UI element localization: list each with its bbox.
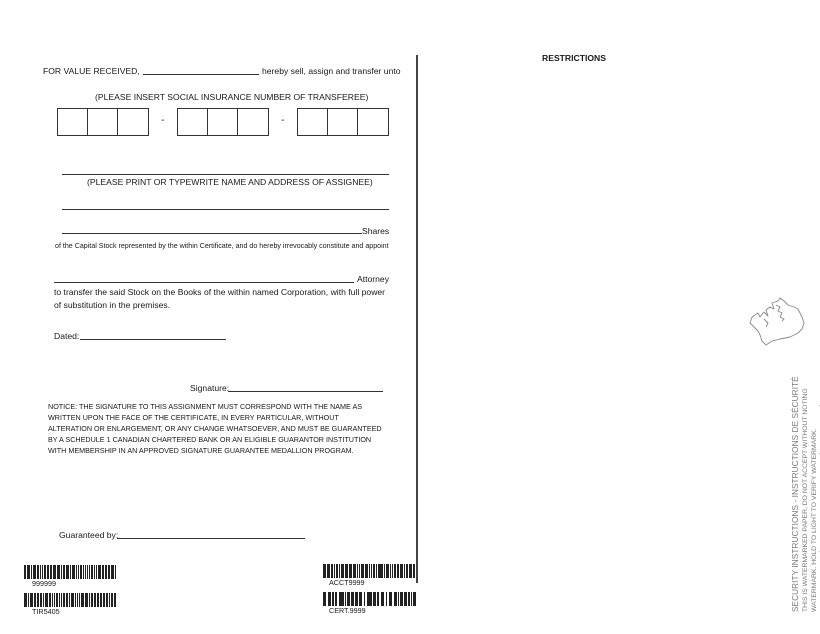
restrictions-title: RESTRICTIONS [542,53,606,63]
dated-field[interactable] [80,339,226,340]
sin-group-2 [177,108,269,136]
barcode-label: TIR5405 [32,607,60,616]
canada-map-icon [744,295,808,347]
dated-label: Dated: [54,331,79,341]
notice-line: NOTICE: THE SIGNATURE TO THIS ASSIGNMENT… [48,401,382,412]
sin-separator: - [281,115,284,126]
page-divider [416,55,418,583]
security-instructions: SECURITY INSTRUCTIONS - INSTRUCTIONS DE … [790,376,820,612]
assignee-name-field[interactable] [62,174,389,175]
shares-label: Shares [362,226,389,236]
transferor-field[interactable] [143,74,259,75]
sin-separator: - [161,115,164,126]
barcode-label: ACCT9999 [329,578,365,587]
sin-digit-box[interactable] [298,109,328,135]
barcode-label: CERT.9999 [329,606,366,615]
sin-digit-box[interactable] [58,109,88,135]
barcode-account-number [24,565,117,579]
assignee-caption: (PLEASE PRINT OR TYPEWRITE NAME AND ADDR… [87,177,373,187]
transfer-text-2: of substitution in the premises. [54,300,170,310]
notice-line: WRITTEN UPON THE FACE OF THE CERTIFICATE… [48,412,382,423]
signature-field[interactable] [228,391,383,392]
capital-stock-text: of the Capital Stock represented by the … [55,242,389,250]
barcode-tir [24,593,117,607]
sin-digit-box[interactable] [358,109,388,135]
notice-line: WITH MEMBERSHIP IN AN APPROVED SIGNATURE… [48,445,382,456]
barcode-cert [323,592,417,606]
security-heading: SECURITY INSTRUCTIONS - INSTRUCTIONS DE … [790,376,801,612]
guaranteed-by-label: Guaranteed by: [59,530,118,540]
sin-group-1 [57,108,149,136]
assignee-address-field[interactable] [62,209,389,210]
sin-digit-box[interactable] [238,109,268,135]
sin-caption: (PLEASE INSERT SOCIAL INSURANCE NUMBER O… [95,92,368,102]
transfer-unto-label: hereby sell, assign and transfer unto [262,66,401,76]
notice-block: NOTICE: THE SIGNATURE TO THIS ASSIGNMENT… [48,401,382,456]
attorney-field[interactable] [54,282,354,283]
security-line: THIS IS WATERMARKED PAPER, DO NOT ACCEPT… [801,376,810,612]
shares-field[interactable] [62,233,362,234]
notice-line: ALTERATION OR ENLARGEMENT, OR ANY CHANGE… [48,423,382,434]
sin-group-3 [297,108,389,136]
value-received-label: FOR VALUE RECEIVED, [43,66,140,76]
security-line: WATERMARK. HOLD TO LIGHT TO VERIFY WATER… [810,376,819,612]
sin-digit-box[interactable] [328,109,358,135]
notice-line: BY A SCHEDULE 1 CANADIAN CHARTERED BANK … [48,434,382,445]
sin-digit-box[interactable] [88,109,118,135]
barcode-label: 999999 [32,579,56,588]
signature-label: Signature: [190,383,229,393]
barcode-acct [323,564,416,578]
transfer-text-1: to transfer the said Stock on the Books … [54,287,385,297]
attorney-label: Attorney [357,274,389,284]
sin-digit-box[interactable] [208,109,238,135]
guarantor-field[interactable] [117,538,305,539]
sin-digit-box[interactable] [118,109,148,135]
sin-digit-box[interactable] [178,109,208,135]
